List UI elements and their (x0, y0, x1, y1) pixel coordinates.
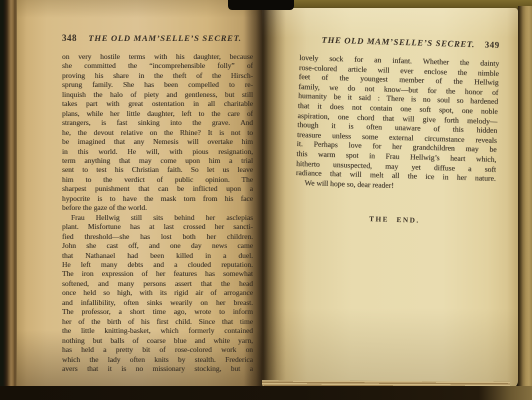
text-line: in this world. He will, with pious resig… (62, 147, 253, 156)
text-line: nothing but balls of coarse blue and whi… (62, 336, 253, 345)
right-page-header: THE OLD MAM’SELLE’S SECRET. 349 (300, 34, 500, 50)
right-page: THE OLD MAM’SELLE’S SECRET. 349 lovely s… (262, 8, 518, 388)
text-line: John she cast off, and one day news came (62, 241, 253, 250)
text-line: Frau Hellwig still sits behind her ascle… (62, 213, 253, 222)
text-line: be imagined that any Nemesis will overta… (62, 137, 253, 146)
text-line: plant. Misfortune has at last crossed he… (62, 222, 253, 231)
text-line: proving his share in the theft of the Hi… (62, 71, 253, 80)
open-book-photo: 348 THE OLD MAM’SELLE’S SECRET. on very … (0, 0, 532, 400)
text-line: The iron expression of her features has … (62, 269, 253, 278)
left-page-header: 348 THE OLD MAM’SELLE’S SECRET. (62, 33, 253, 43)
text-line: fied threshold—she has lost both her chi… (62, 232, 253, 241)
text-line: and infallibility, often sinks wearily o… (62, 298, 253, 307)
text-line: her of the birth of his first child. Sin… (62, 317, 253, 326)
text-line: sprung family. She has been compelled to… (62, 80, 253, 89)
left-running-title: THE OLD MAM’SELLE’S SECRET. (77, 33, 253, 43)
text-line: before the gaze of the world. (62, 203, 253, 212)
text-line: strangers, is fast sinking into the grav… (62, 118, 253, 127)
left-page-number: 348 (62, 33, 77, 43)
text-line: on very hostile terms with his daughter,… (62, 52, 253, 61)
text-line: plans, while her little daughter, left t… (62, 109, 253, 118)
text-line: the little knitting-basket, which former… (62, 326, 253, 335)
text-line: sharpest punishment that can be inflicte… (62, 184, 253, 193)
text-line: softened, and many persons assert that t… (62, 279, 253, 288)
text-line: sent to test his Christian faith. So let… (62, 165, 253, 174)
text-line: once held so high, with its rigid air of… (62, 288, 253, 297)
text-line: which the lady often knits by stealth. F… (62, 355, 253, 364)
book-page-right-edge (518, 6, 532, 400)
text-line: him to the verdict of public opinion. Th… (62, 175, 253, 184)
right-running-title: THE OLD MAM’SELLE’S SECRET. (300, 34, 485, 49)
text-line: avers that it is no missionary stocking,… (62, 364, 253, 373)
text-line: linquish the halo of piety and gentlenes… (62, 90, 253, 99)
text-line: that Nathanael had been killed in a duel… (62, 251, 253, 260)
text-line: takes part with great ostentation in all… (62, 99, 253, 108)
text-line: The professor, a short time ago, wrote t… (62, 307, 253, 316)
text-line: has held a pretty bit of rose-colored wo… (62, 345, 253, 354)
the-end-mark: THE END. (294, 213, 494, 227)
right-page-body: lovely sock for an infant. Whether the d… (295, 53, 499, 193)
left-page-body: on very hostile terms with his daughter,… (62, 52, 253, 373)
text-line: she committed the “incomprehensible foll… (62, 61, 253, 70)
text-line: He left many debts and a clouded reputat… (62, 260, 253, 269)
spine-top-notch (228, 0, 294, 10)
left-page: 348 THE OLD MAM’SELLE’S SECRET. on very … (17, 0, 262, 386)
text-line: term anything that may come upon him a t… (62, 156, 253, 165)
text-line: he, the devout relative on the Rhine? It… (62, 128, 253, 137)
text-line: hypocrite is to have the mask torn from … (62, 194, 253, 203)
book-cover-left-edge (0, 0, 17, 388)
right-page-number: 349 (485, 39, 500, 49)
book-bottom-edge (0, 386, 532, 400)
